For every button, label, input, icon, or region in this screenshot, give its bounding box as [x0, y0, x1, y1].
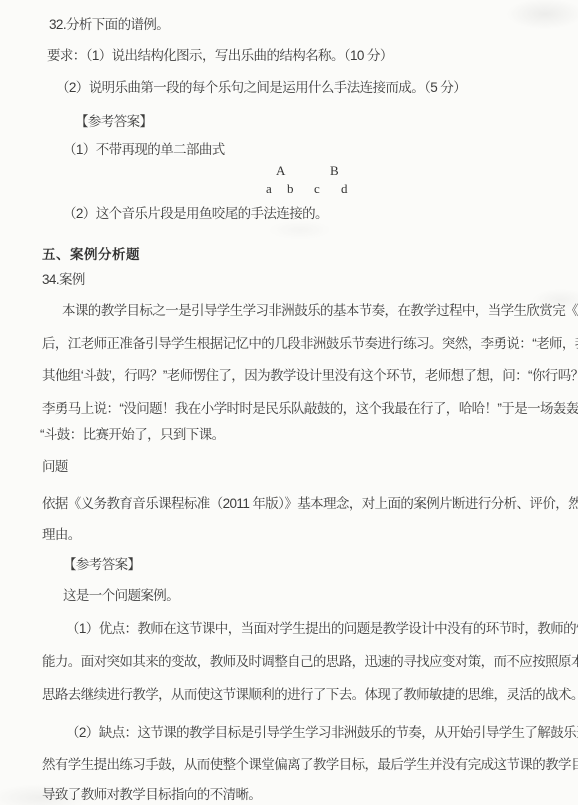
diagram-section-a: A — [276, 163, 285, 178]
q32-ref-answer-label: 【参考答案】 — [75, 113, 152, 131]
q34-label: 34.案例 — [42, 271, 85, 289]
advantage-line-2: 能力。面对突如其来的变故，教师及时调整自己的思路，迅速的寻找应变对策，而不应按照… — [42, 653, 578, 671]
diagram-phrase-d: d — [341, 181, 348, 196]
advantage-line-1: （1）优点：教师在这节课中，当面对学生提出的问题是教学设计中没有的环节时，教师的… — [66, 620, 578, 638]
case-text-line-1: 本课的教学目标之一是引导学生学习非洲鼓乐的基本节奏，在教学过程中，当学生欣赏完《… — [62, 302, 578, 320]
q34-ref-answer-label: 【参考答案】 — [63, 556, 140, 574]
q32-answer-2: （2）这个音乐片段是用鱼咬尾的手法连接的。 — [63, 205, 328, 223]
answer-intro: 这是一个问题案例。 — [63, 587, 179, 605]
diagram-section-b: B — [330, 163, 339, 178]
problem-line-2: 理由。 — [42, 526, 81, 544]
disadvantage-line-1: （2）缺点：这节课的教学目标是引导学生学习非洲鼓乐的节奏，从开始引导学生了解鼓乐… — [66, 724, 578, 742]
q32-title: 32.分析下面的谱例。 — [49, 16, 169, 34]
diagram-phrase-c: c — [314, 181, 320, 196]
case-text-line-4: 李勇马上说：“没问题！我在小学时时是民乐队敲鼓的，这个我最在行了，哈哈！”于是一… — [42, 400, 578, 418]
document-page: 32.分析下面的谱例。 要求：（1）说出结构化图示，写出乐曲的结构名称。（10 … — [0, 0, 578, 805]
diagram-phrase-a: a — [266, 181, 272, 196]
q32-requirement-1: 要求：（1）说出结构化图示，写出乐曲的结构名称。（10 分） — [47, 47, 393, 65]
problem-line-1: 依据《义务教育音乐课程标准（2011 年版）》基本理念，对上面的案例片断进行分析… — [42, 495, 578, 513]
diagram-phrase-b: b — [287, 181, 294, 196]
case-text-line-2: 后，江老师正准备引导学生根据记忆中的几段非洲鼓乐节奏进行练习。突然，李勇说：“老… — [42, 335, 578, 353]
disadvantage-line-3: 导致了教师对教学目标指向的不清晰。 — [42, 786, 261, 804]
q32-requirement-2: （2）说明乐曲第一段的每个乐句之间是运用什么手法连接而成。（5 分） — [56, 79, 466, 97]
disadvantage-line-2: 然有学生提出练习手鼓，从而使整个课堂偏离了教学目标，最后学生并没有完成这节课的教… — [42, 756, 578, 774]
case-text-line-5: “斗鼓：比赛开始了，只到下课。 — [40, 426, 225, 444]
problem-label: 问题 — [42, 458, 68, 476]
section-5-heading: 五、案例分析题 — [42, 246, 140, 264]
advantage-line-3: 思路去继续进行教学，从而使这节课顺利的进行了下去。体现了教师敏捷的思维，灵活的战… — [42, 686, 578, 704]
q32-answer-1: （1）不带再现的单二部曲式 — [63, 141, 225, 159]
case-text-line-3: 其他组‘斗鼓’，行吗？”老师愣住了，因为教学设计里没有这个环节，老师想了想，问：… — [42, 367, 578, 385]
